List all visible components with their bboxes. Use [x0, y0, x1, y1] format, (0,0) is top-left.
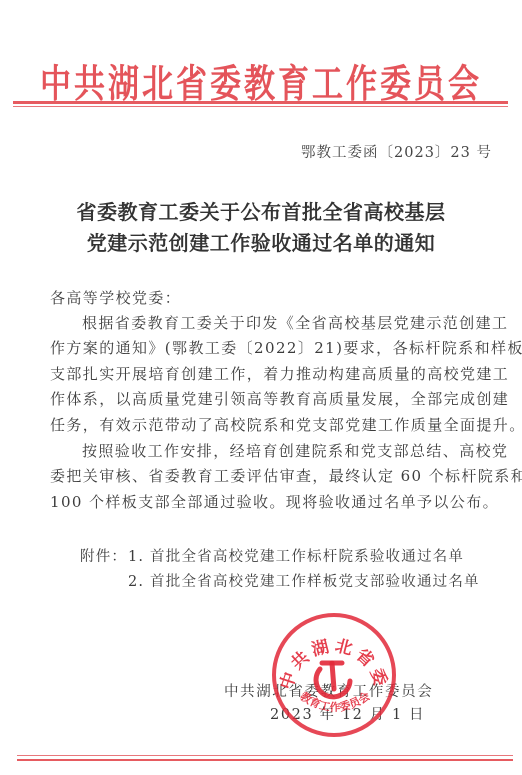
body-line: 支部扎实开展培育创建工作，着力推动构建高质量的高校党建工 [50, 363, 509, 384]
signature-date: 2023 年 12 月 1 日 [270, 703, 425, 724]
body-line: 委把关审核、省委教育工委评估审查，最终认定 60 个标杆院系和 [50, 465, 522, 486]
attachments-label: 附件： [80, 545, 127, 566]
signature-issuer: 中共湖北省委教育工作委员会 [224, 680, 433, 701]
masthead-rule-thick [13, 101, 508, 104]
body-line: 根据省委教育工委关于印发《全省高校基层党建示范创建工 [82, 312, 508, 333]
masthead-rule-thin [13, 106, 508, 107]
document-title-line-1: 省委教育工委关于公布首批全省高校基层 [0, 196, 522, 225]
attachment-item-2: 2. 首批全省高校党建工作样板党支部验收通过名单 [128, 570, 480, 591]
body-line: 作体系，以高质量党建引领高等教育高质量发展，全部完成创建 [50, 388, 509, 409]
document-title-line-2: 党建示范创建工作验收通过名单的通知 [0, 227, 522, 256]
masthead-title: 中共湖北省委教育工作委员会 [0, 52, 522, 108]
body-line: 任务，有效示范带动了高校院系和党支部党建工作质量全面提升。 [50, 414, 522, 435]
body-line: 作方案的通知》(鄂教工委〔2022〕21)要求，各标杆院系和样板 [50, 337, 522, 358]
salutation: 各高等学校党委： [50, 287, 181, 308]
footer-rule-thin [17, 755, 513, 756]
body-line: 100 个样板支部全部通过验收。现将验收通过名单予以公布。 [50, 491, 499, 512]
attachment-item-1: 1. 首批全省高校党建工作标杆院系验收通过名单 [128, 545, 464, 566]
body-line: 按照验收工作安排，经培育创建院系和党支部总结、高校党 [82, 440, 508, 461]
footer-rule-thick [17, 759, 513, 761]
document-number: 鄂教工委函〔2023〕23 号 [301, 141, 492, 162]
